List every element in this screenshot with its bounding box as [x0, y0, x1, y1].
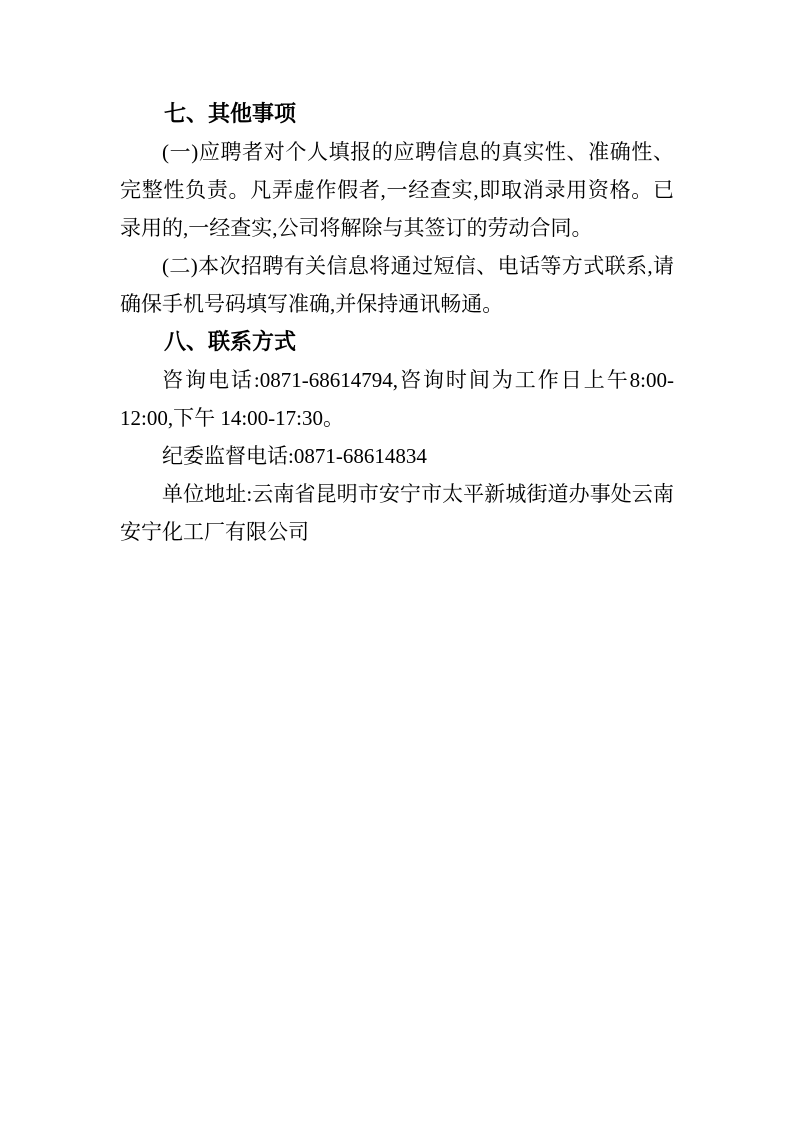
paragraph-supervision-phone: 纪委监督电话:0871-68614834: [120, 437, 674, 475]
heading-other-matters: 七、其他事项: [120, 95, 674, 133]
document-content: 七、其他事项 (一)应聘者对个人填报的应聘信息的真实性、准确性、完整性负责。凡弄…: [120, 95, 674, 551]
paragraph-unit-address: 单位地址:云南省昆明市安宁市太平新城街道办事处云南安宁化工厂有限公司: [120, 475, 674, 551]
document-page: 七、其他事项 (一)应聘者对个人填报的应聘信息的真实性、准确性、完整性负责。凡弄…: [0, 0, 794, 1123]
paragraph-notification-method: (二)本次招聘有关信息将通过短信、电话等方式联系,请确保手机号码填写准确,并保持…: [120, 247, 674, 323]
paragraph-applicant-responsibility: (一)应聘者对个人填报的应聘信息的真实性、准确性、完整性负责。凡弄虚作假者,一经…: [120, 133, 674, 247]
heading-contact-info: 八、联系方式: [120, 323, 674, 361]
paragraph-consult-phone: 咨询电话:0871-68614794,咨询时间为工作日上午8:00-12:00,…: [120, 361, 674, 437]
